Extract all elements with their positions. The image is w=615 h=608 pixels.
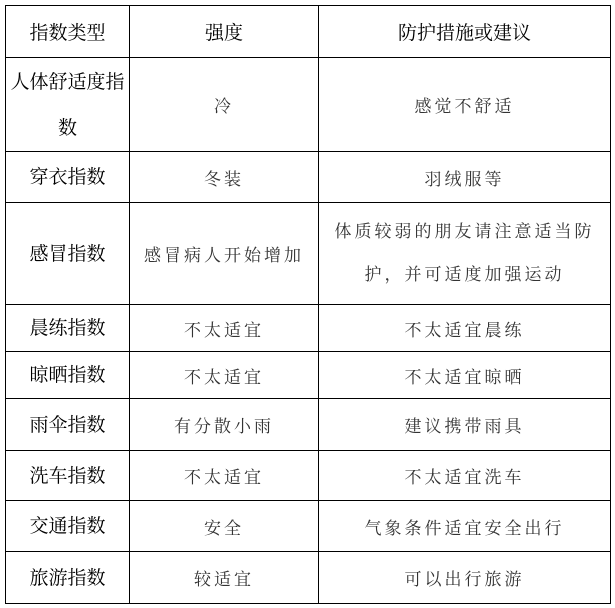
strength: 冷 bbox=[130, 58, 319, 152]
index-type: 晾晒指数 bbox=[6, 352, 130, 399]
strength: 较适宜 bbox=[130, 552, 319, 604]
strength: 安全 bbox=[130, 501, 319, 552]
table-row: 人体舒适度指数 冷 感觉不舒适 bbox=[6, 58, 611, 152]
index-type: 人体舒适度指数 bbox=[6, 58, 130, 152]
advice: 气象条件适宜安全出行 bbox=[319, 501, 611, 552]
index-type: 穿衣指数 bbox=[6, 152, 130, 203]
strength: 有分散小雨 bbox=[130, 399, 319, 451]
index-type: 洗车指数 bbox=[6, 451, 130, 501]
table-row: 感冒指数 感冒病人开始增加 体质较弱的朋友请注意适当防护，并可适度加强运动 bbox=[6, 203, 611, 305]
header-row: 指数类型 强度 防护措施或建议 bbox=[6, 6, 611, 58]
advice: 羽绒服等 bbox=[319, 152, 611, 203]
advice: 体质较弱的朋友请注意适当防护，并可适度加强运动 bbox=[319, 203, 611, 305]
index-type: 晨练指数 bbox=[6, 305, 130, 352]
advice: 不太适宜晨练 bbox=[319, 305, 611, 352]
header-index-type: 指数类型 bbox=[6, 6, 130, 58]
header-advice: 防护措施或建议 bbox=[319, 6, 611, 58]
index-type: 交通指数 bbox=[6, 501, 130, 552]
strength: 不太适宜 bbox=[130, 451, 319, 501]
strength: 感冒病人开始增加 bbox=[130, 203, 319, 305]
strength: 不太适宜 bbox=[130, 305, 319, 352]
table-row: 雨伞指数 有分散小雨 建议携带雨具 bbox=[6, 399, 611, 451]
table-row: 晾晒指数 不太适宜 不太适宜晾晒 bbox=[6, 352, 611, 399]
index-type: 旅游指数 bbox=[6, 552, 130, 604]
advice: 不太适宜洗车 bbox=[319, 451, 611, 501]
weather-index-table: 指数类型 强度 防护措施或建议 人体舒适度指数 冷 感觉不舒适 穿衣指数 冬装 … bbox=[5, 5, 611, 604]
table-row: 洗车指数 不太适宜 不太适宜洗车 bbox=[6, 451, 611, 501]
table-row: 旅游指数 较适宜 可以出行旅游 bbox=[6, 552, 611, 604]
advice: 感觉不舒适 bbox=[319, 58, 611, 152]
advice: 建议携带雨具 bbox=[319, 399, 611, 451]
index-type: 感冒指数 bbox=[6, 203, 130, 305]
table-row: 交通指数 安全 气象条件适宜安全出行 bbox=[6, 501, 611, 552]
advice: 不太适宜晾晒 bbox=[319, 352, 611, 399]
strength: 冬装 bbox=[130, 152, 319, 203]
header-strength: 强度 bbox=[130, 6, 319, 58]
advice: 可以出行旅游 bbox=[319, 552, 611, 604]
strength: 不太适宜 bbox=[130, 352, 319, 399]
table-row: 晨练指数 不太适宜 不太适宜晨练 bbox=[6, 305, 611, 352]
table-row: 穿衣指数 冬装 羽绒服等 bbox=[6, 152, 611, 203]
index-type: 雨伞指数 bbox=[6, 399, 130, 451]
